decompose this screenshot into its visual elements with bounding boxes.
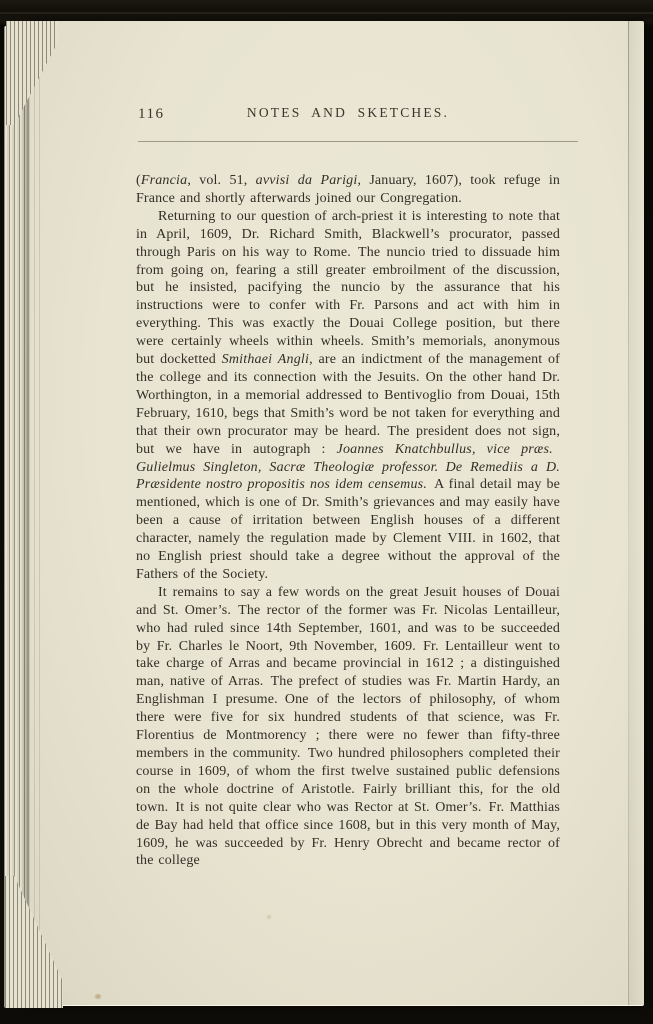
paragraph: Returning to our question of arch-priest… <box>136 208 560 584</box>
page-stack-edges <box>4 26 30 1008</box>
foxing-spot <box>95 994 101 999</box>
text-run: A final detail may be mentioned, which i… <box>136 477 560 582</box>
text-run: It remains to say a few words on the gre… <box>136 585 560 869</box>
body-text: (Francia, vol. 51, avvisi da Parigi, Jan… <box>136 172 560 870</box>
italic-text-run: avvisi da Parigi <box>256 173 358 188</box>
header-rule <box>138 141 578 142</box>
paragraph: It remains to say a few words on the gre… <box>136 584 560 871</box>
text-run: , vol. 51, <box>187 173 255 188</box>
running-header: NOTES AND SKETCHES. <box>136 105 560 121</box>
paragraph: (Francia, vol. 51, avvisi da Parigi, Jan… <box>136 172 560 208</box>
italic-text-run: Francia <box>141 173 188 188</box>
text-run: Returning to our question of arch-priest… <box>136 209 560 367</box>
page-header: 116 NOTES AND SKETCHES. <box>136 105 560 125</box>
foxing-spot <box>267 915 271 919</box>
page-number: 116 <box>138 106 164 123</box>
italic-text-run: Smithaei Angli <box>222 352 309 367</box>
book-page: 116 NOTES AND SKETCHES. (Francia, vol. 5… <box>28 21 644 1006</box>
facing-page-edge <box>629 21 644 1005</box>
page-left-edge-lines <box>29 21 43 1005</box>
printed-area: 116 NOTES AND SKETCHES. (Francia, vol. 5… <box>136 105 560 870</box>
backdrop-seam <box>0 12 653 14</box>
